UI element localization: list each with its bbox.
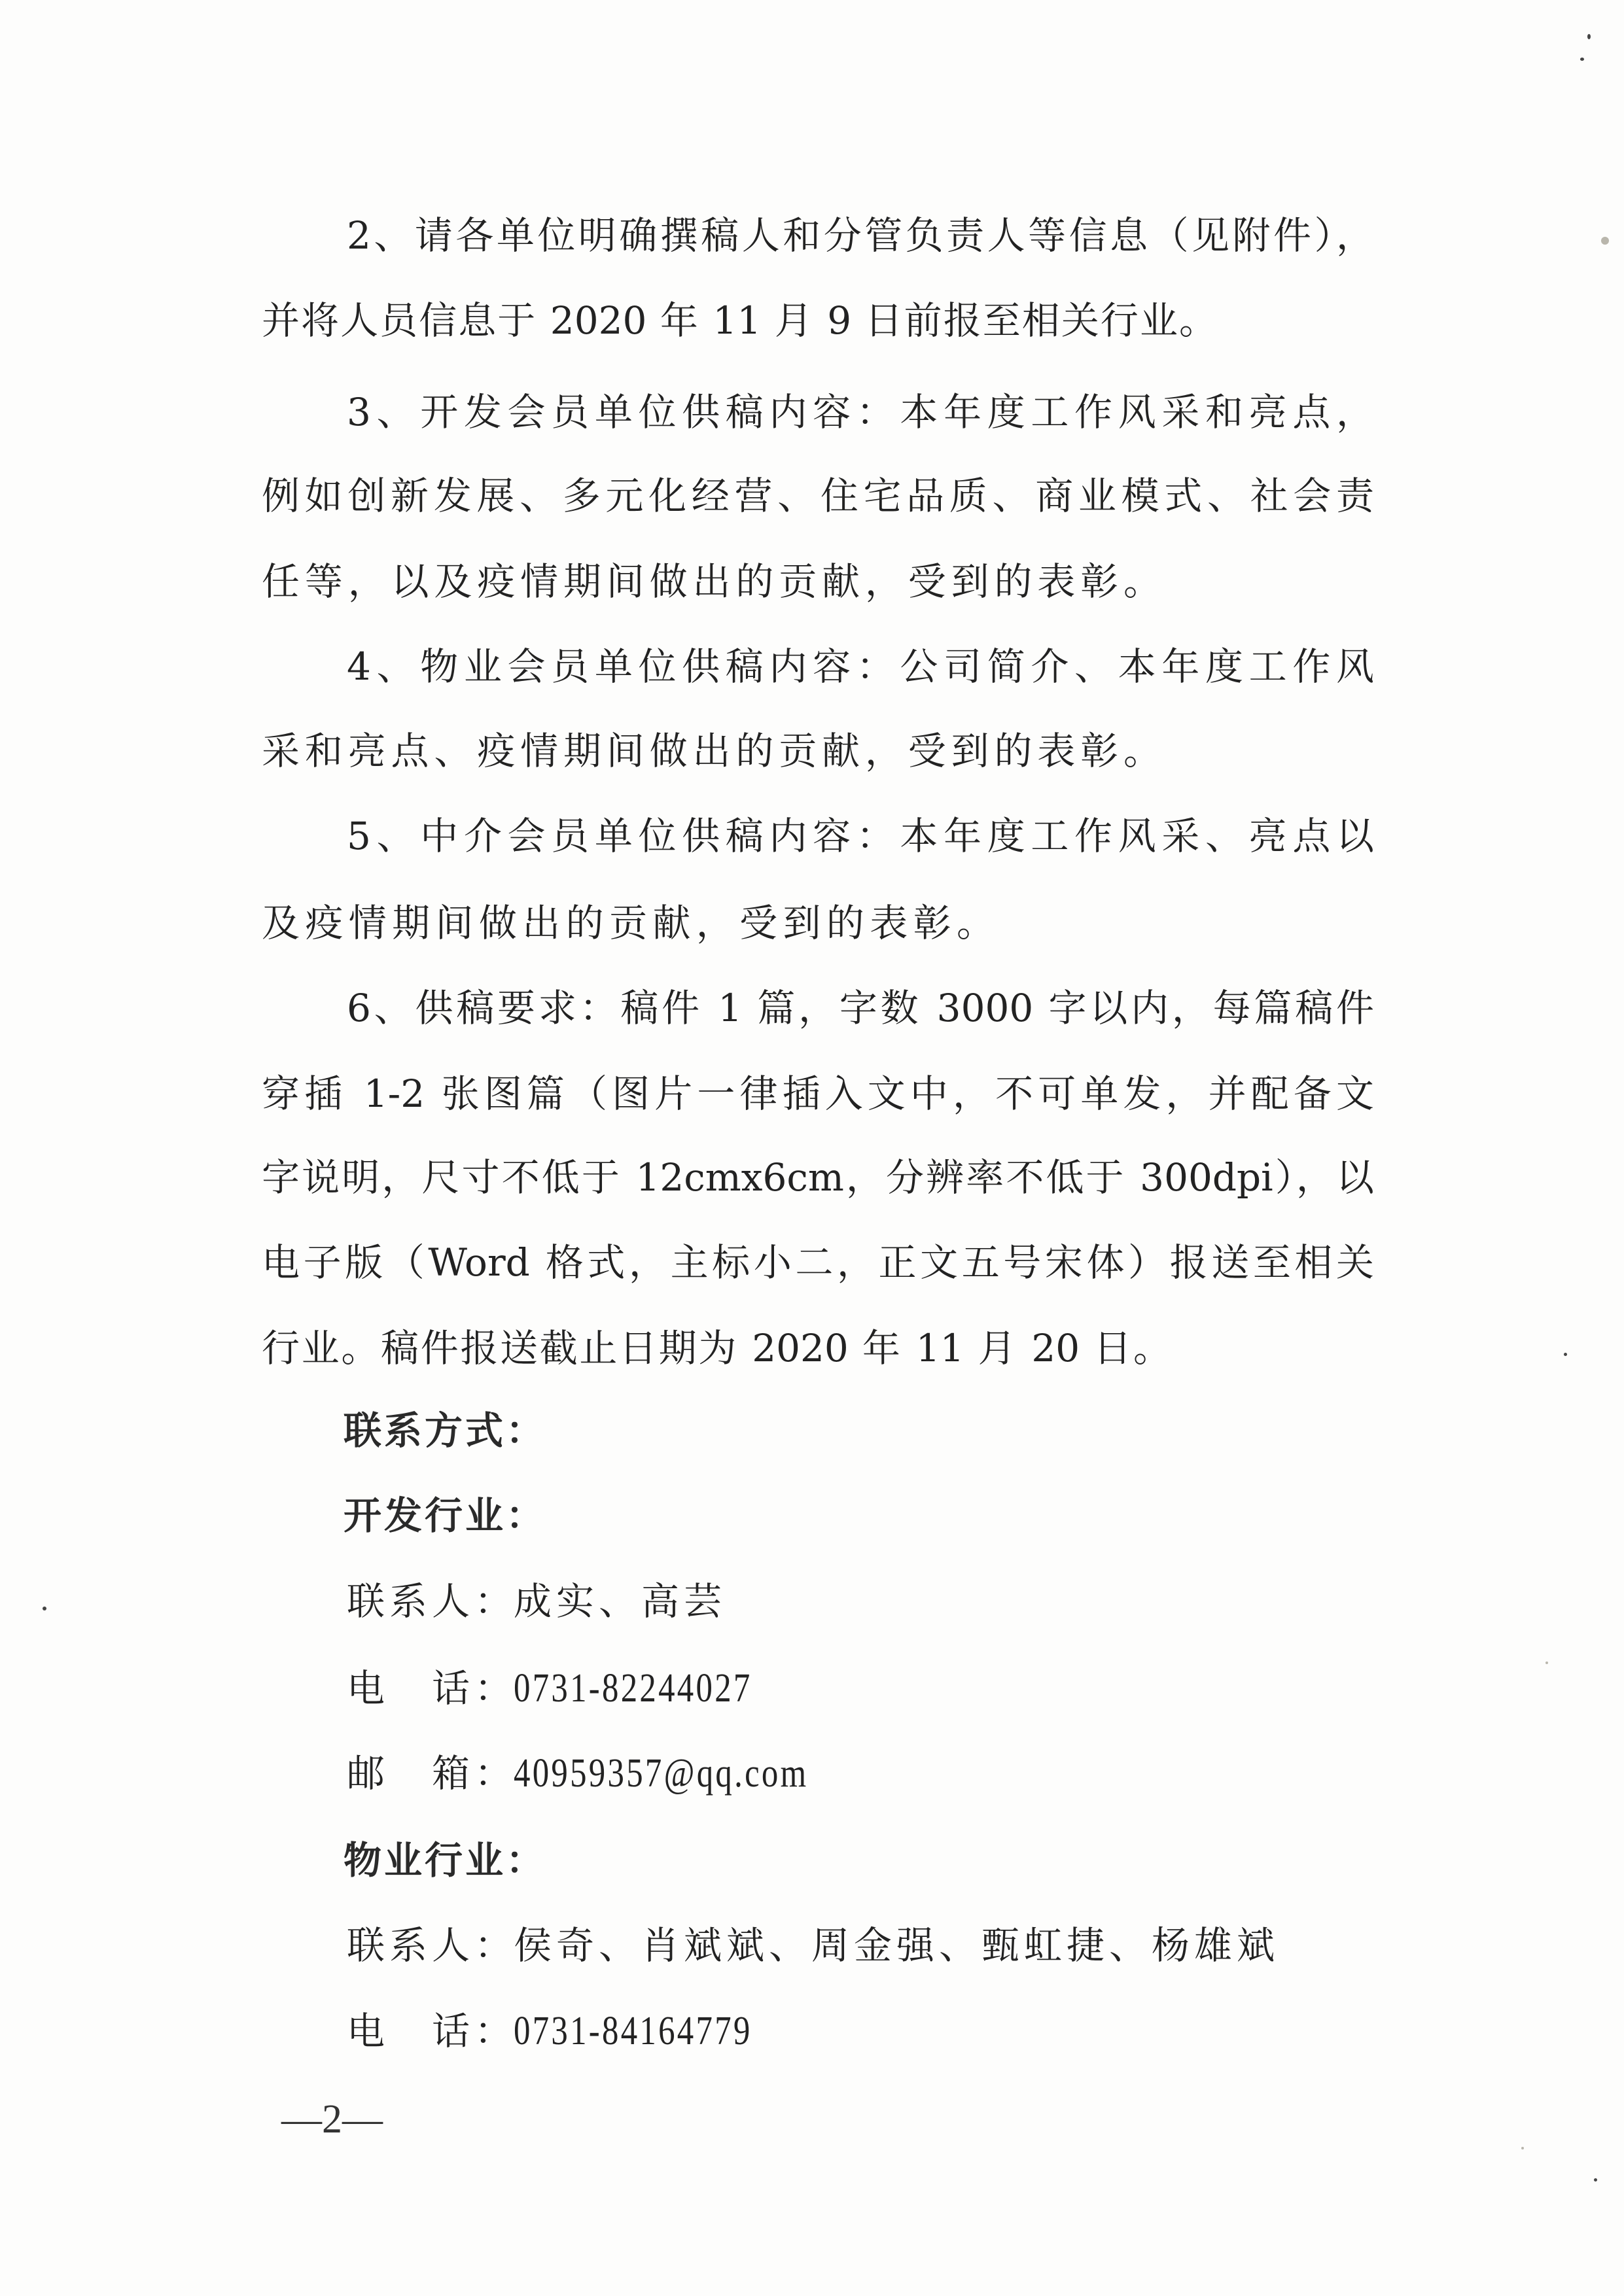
paragraph-item-5-line-1: 5、中介会员单位供稿内容：本年度工作风采、亮点以 — [347, 807, 1374, 865]
development-phone-row: 电 话：0731-82244027 — [347, 1659, 805, 1718]
scan-speck — [1594, 2178, 1597, 2182]
paragraph-item-6-line-5: 行业。稿件报送截止日期为 2020 年 11 月 20 日。 — [262, 1319, 1171, 1378]
development-phone-value: 0731-82244027 — [514, 1659, 752, 1718]
phone-label: 电 话： — [347, 2002, 514, 2061]
contacts-label: 联系人： — [347, 1572, 514, 1631]
scan-speck — [1587, 34, 1591, 39]
paragraph-item-6-line-4: 电子版（Word 格式，主标小二，正文五号宋体）报送至相关 — [262, 1233, 1374, 1292]
scan-speck — [1545, 1661, 1548, 1664]
property-contacts-row: 联系人：侯奇、肖斌斌、周金强、甄虹捷、杨雄斌 — [347, 1916, 1279, 1975]
scan-speck — [43, 1607, 46, 1610]
document-page: 2、请各单位明确撰稿人和分管负责人等信息（见附件）， 并将人员信息于 2020 … — [0, 0, 1624, 2296]
scan-speck — [1521, 2147, 1524, 2149]
scan-speck — [1564, 1353, 1567, 1356]
email-label: 邮 箱： — [347, 1744, 514, 1803]
page-number: —2— — [281, 2096, 383, 2142]
development-contacts-row: 联系人：成实、高芸 — [347, 1572, 726, 1631]
development-industry-heading: 开发行业： — [344, 1486, 546, 1545]
development-contacts-value: 成实、高芸 — [514, 1579, 726, 1624]
paragraph-item-6-line-3: 字说明，尺寸不低于 12cmx6cm，分辨率不低于 300dpi），以 — [262, 1148, 1374, 1207]
paragraph-item-3-line-2: 例如创新发展、多元化经营、住宅品质、商业模式、社会责 — [262, 466, 1374, 525]
contacts-label: 联系人： — [347, 1916, 514, 1975]
paragraph-item-3-line-1: 3、开发会员单位供稿内容：本年度工作风采和亮点， — [347, 383, 1374, 442]
paragraph-item-2-line-1: 2、请各单位明确撰稿人和分管负责人等信息（见附件）， — [347, 206, 1374, 265]
paragraph-item-3-line-3: 任等，以及疫情期间做出的贡献，受到的表彰。 — [262, 552, 1161, 611]
property-phone-row: 电 话：0731-84164779 — [347, 2002, 805, 2061]
paragraph-item-6-line-1: 6、供稿要求：稿件 1 篇，字数 3000 字以内，每篇稿件 — [347, 979, 1374, 1037]
paragraph-item-2-line-2: 并将人员信息于 2020 年 11 月 9 日前报至相关行业。 — [262, 291, 1217, 350]
phone-label: 电 话： — [347, 1659, 514, 1718]
paragraph-item-5-line-2: 及疫情期间做出的贡献，受到的表彰。 — [262, 894, 995, 952]
property-phone-value: 0731-84164779 — [514, 2002, 752, 2061]
property-contacts-value: 侯奇、肖斌斌、周金强、甄虹捷、杨雄斌 — [514, 1923, 1279, 1968]
paragraph-item-6-line-2: 穿插 1-2 张图篇（图片一律插入文中，不可单发，并配备文 — [262, 1064, 1374, 1123]
property-industry-heading: 物业行业： — [344, 1831, 546, 1890]
paragraph-item-4-line-1: 4、物业会员单位供稿内容：公司简介、本年度工作风 — [347, 637, 1374, 696]
development-email-value: 40959357@qq.com — [514, 1744, 808, 1803]
scan-speck — [1580, 58, 1584, 61]
development-email-row: 邮 箱：40959357@qq.com — [347, 1744, 873, 1803]
scan-speck — [1601, 237, 1609, 245]
contact-heading: 联系方式： — [344, 1401, 546, 1460]
paragraph-item-4-line-2: 采和亮点、疫情期间做出的贡献，受到的表彰。 — [262, 722, 1161, 780]
